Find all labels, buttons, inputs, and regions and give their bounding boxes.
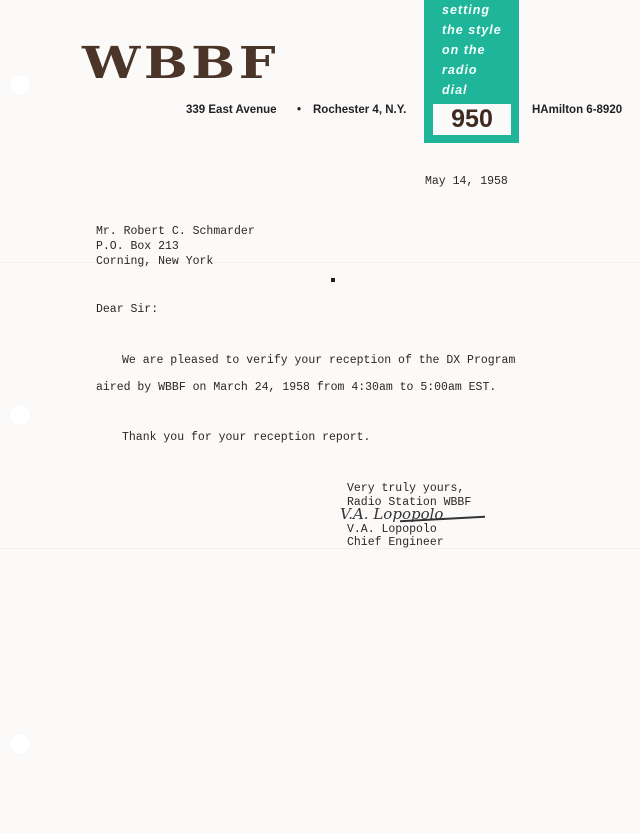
slogan-line: on the	[442, 40, 502, 60]
frequency: 950	[451, 105, 493, 133]
slogan-line: setting	[442, 0, 502, 20]
city-address: Rochester 4, N.Y.	[313, 104, 406, 116]
phone-number: HAmilton 6-8920	[532, 104, 622, 116]
signer-title: Chief Engineer	[347, 536, 444, 549]
recipient-address: P.O. Box 213	[96, 240, 179, 253]
punch-hole	[9, 733, 31, 755]
frequency-box: 950	[433, 104, 511, 135]
punch-hole	[9, 74, 31, 96]
handwritten-signature: V.A. Lopopolo	[340, 505, 443, 523]
slogan-line: dial	[442, 80, 502, 100]
body-line: aired by WBBF on March 24, 1958 from 4:3…	[96, 381, 496, 394]
signer-name: V.A. Lopopolo	[347, 523, 437, 536]
recipient-city: Corning, New York	[96, 255, 213, 268]
punch-hole	[9, 404, 31, 426]
street-address: 339 East Avenue	[186, 104, 277, 116]
slogan-line: radio	[442, 60, 502, 80]
letter-date: May 14, 1958	[425, 175, 508, 188]
thanks-line: Thank you for your reception report.	[122, 431, 370, 444]
slogan-box: setting the style on the radio dial 950	[424, 0, 519, 143]
address-separator: •	[297, 104, 301, 116]
slogan-line: the style	[442, 20, 502, 40]
station-logo: WBBF	[82, 42, 279, 86]
recipient-name: Mr. Robert C. Schmarder	[96, 225, 255, 238]
fold-crease	[0, 548, 640, 549]
body-line: We are pleased to verify your reception …	[122, 354, 515, 367]
ink-speck	[331, 278, 335, 282]
salutation: Dear Sir:	[96, 303, 158, 316]
slogan: setting the style on the radio dial	[442, 0, 502, 100]
letter-page: WBBF 339 East Avenue • Rochester 4, N.Y.…	[0, 0, 640, 833]
closing: Very truly yours,	[347, 482, 464, 495]
